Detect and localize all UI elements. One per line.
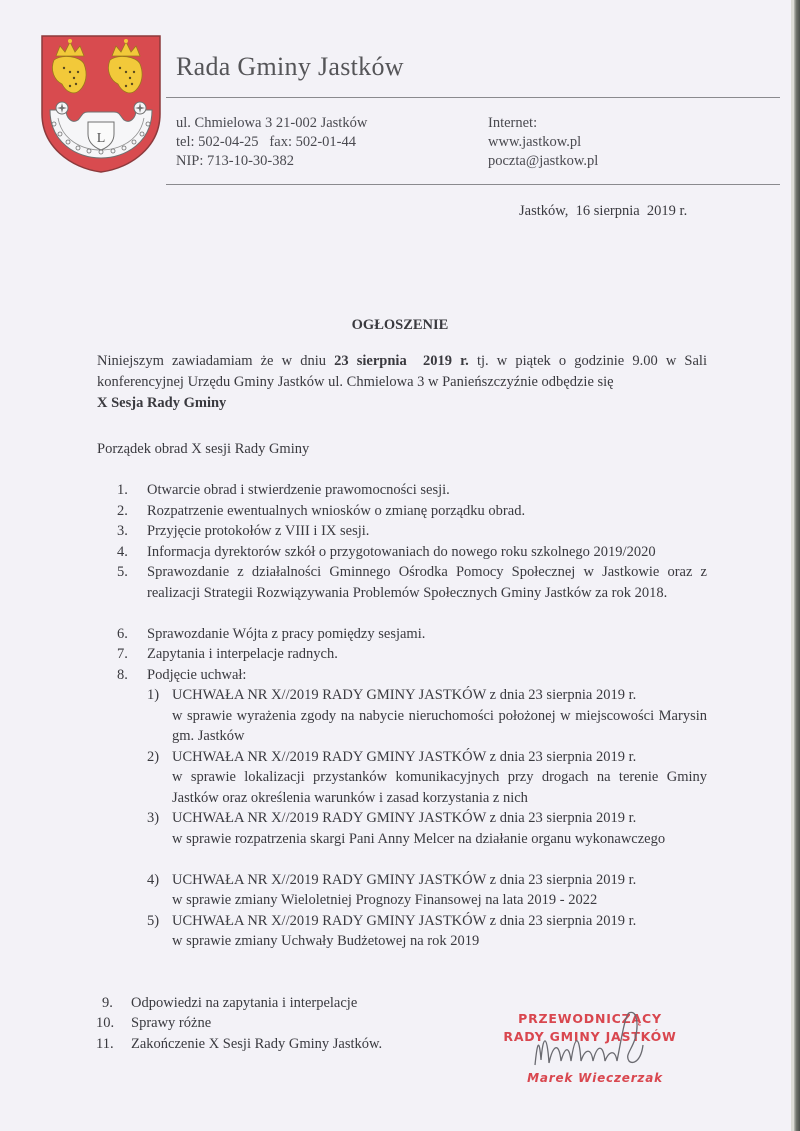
resolution-title: UCHWAŁA NR X//2019 RADY GMINY JASTKÓW z … — [172, 747, 707, 768]
resolution-item: 5)UCHWAŁA NR X//2019 RADY GMINY JASTKÓW … — [147, 911, 707, 952]
agenda-item-text: Otwarcie obrad i stwierdzenie prawomocno… — [147, 480, 707, 501]
session-name: X Sesja Rady Gminy — [97, 395, 226, 411]
resolution-number: 2) — [147, 747, 159, 768]
chairman-name: Marek Wieczerzak — [520, 1071, 670, 1085]
resolution-title: UCHWAŁA NR X//2019 RADY GMINY JASTKÓW z … — [172, 685, 707, 706]
resolution-subject: w sprawie zmiany Wieloletniej Prognozy F… — [172, 890, 707, 911]
agenda-title: Porządek obrad X sesji Rady Gminy — [97, 441, 309, 458]
resolution-number: 3) — [147, 808, 159, 829]
resolution-item: 2)UCHWAŁA NR X//2019 RADY GMINY JASTKÓW … — [147, 747, 707, 809]
resolution-item: 4)UCHWAŁA NR X//2019 RADY GMINY JASTKÓW … — [147, 870, 707, 911]
phone-fax-line: tel: 502-04-25 fax: 502-01-44 — [176, 133, 367, 152]
website-link[interactable]: www.jastkow.pl — [488, 133, 598, 152]
agenda-item-number: 7. — [117, 644, 128, 665]
agenda-item-number: 8. — [117, 665, 128, 686]
agenda-item: 8.Podjęcie uchwał: — [117, 665, 707, 686]
header-divider-top — [166, 97, 780, 98]
agenda-item: 6.Sprawozdanie Wójta z pracy pomiędzy se… — [117, 624, 707, 645]
council-title: Rada Gminy Jastków — [176, 52, 404, 82]
agenda-item-number: 2. — [117, 501, 128, 522]
agenda-item-text: Rozpatrzenie ewentualnych wniosków o zmi… — [147, 501, 707, 522]
resolution-number: 1) — [147, 685, 159, 706]
resolution-item: 1)UCHWAŁA NR X//2019 RADY GMINY JASTKÓW … — [147, 685, 707, 747]
resolution-number: 5) — [147, 911, 159, 932]
nip-line: NIP: 713-10-30-382 — [176, 152, 367, 171]
agenda-item: 2.Rozpatrzenie ewentualnych wniosków o z… — [117, 501, 707, 522]
address-line: ul. Chmielowa 3 21-002 Jastków — [176, 114, 367, 133]
agenda-item-text: Zapytania i interpelacje radnych. — [147, 644, 707, 665]
svg-text:L: L — [97, 131, 106, 146]
agenda-item-number: 11. — [96, 1034, 114, 1055]
agenda-item-text: Przyjęcie protokołów z VIII i IX sesji. — [147, 521, 707, 542]
resolution-subject: w sprawie rozpatrzenia skargi Pani Anny … — [172, 829, 707, 850]
agenda-item: 5.Sprawozdanie z działalności Gminnego O… — [117, 562, 707, 603]
agenda-item: 7.Zapytania i interpelacje radnych. — [117, 644, 707, 665]
agenda-item-number: 5. — [117, 562, 128, 583]
agenda-item-number: 1. — [117, 480, 128, 501]
agenda-item-number: 3. — [117, 521, 128, 542]
agenda-item-number: 4. — [117, 542, 128, 563]
resolution-title: UCHWAŁA NR X//2019 RADY GMINY JASTKÓW z … — [172, 911, 707, 932]
agenda-item-number: 9. — [102, 993, 113, 1014]
announcement-intro: Niniejszym zawiadamiam że w dniu 23 sier… — [97, 351, 707, 414]
agenda-item-text: Sprawozdanie Wójta z pracy pomiędzy sesj… — [147, 624, 707, 645]
internet-block: Internet: www.jastkow.pl poczta@jastkow.… — [488, 114, 598, 171]
resolution-subject: w sprawie wyrażenia zgody na nabycie nie… — [172, 706, 707, 747]
resolution-subject: w sprawie lokalizacji przystanków komuni… — [172, 767, 707, 808]
agenda-item: 4.Informacja dyrektorów szkół o przygoto… — [117, 542, 707, 563]
agenda-item-text: Informacja dyrektorów szkół o przygotowa… — [147, 542, 707, 563]
document-date: Jastków, 16 sierpnia 2019 r. — [519, 203, 687, 220]
agenda-item: 1.Otwarcie obrad i stwierdzenie prawomoc… — [117, 480, 707, 501]
resolution-subject: w sprawie zmiany Uchwały Budżetowej na r… — [172, 931, 707, 952]
intro-text: Niniejszym zawiadamiam że w dniu — [97, 353, 334, 369]
session-date: 23 sierpnia 2019 r. — [334, 353, 469, 369]
agenda-item-number: 10. — [96, 1013, 114, 1034]
agenda-item-text: Sprawozdanie z działalności Gminnego Ośr… — [147, 562, 707, 603]
agenda-item-text: Podjęcie uchwał: — [147, 665, 707, 686]
coat-of-arms-icon: L — [40, 34, 162, 174]
agenda-item-number: 6. — [117, 624, 128, 645]
announcement-heading: OGŁOSZENIE — [0, 317, 800, 334]
internet-label: Internet: — [488, 114, 598, 133]
resolution-number: 4) — [147, 870, 159, 891]
resolution-title: UCHWAŁA NR X//2019 RADY GMINY JASTKÓW z … — [172, 870, 707, 891]
header-divider-bottom — [166, 184, 780, 185]
resolution-title: UCHWAŁA NR X//2019 RADY GMINY JASTKÓW z … — [172, 808, 707, 829]
resolution-item: 3)UCHWAŁA NR X//2019 RADY GMINY JASTKÓW … — [147, 808, 707, 849]
agenda-item: 3.Przyjęcie protokołów z VIII i IX sesji… — [117, 521, 707, 542]
email-link[interactable]: poczta@jastkow.pl — [488, 152, 598, 171]
address-block: ul. Chmielowa 3 21-002 Jastków tel: 502-… — [176, 114, 367, 171]
scan-edge-shadow — [794, 0, 800, 1131]
